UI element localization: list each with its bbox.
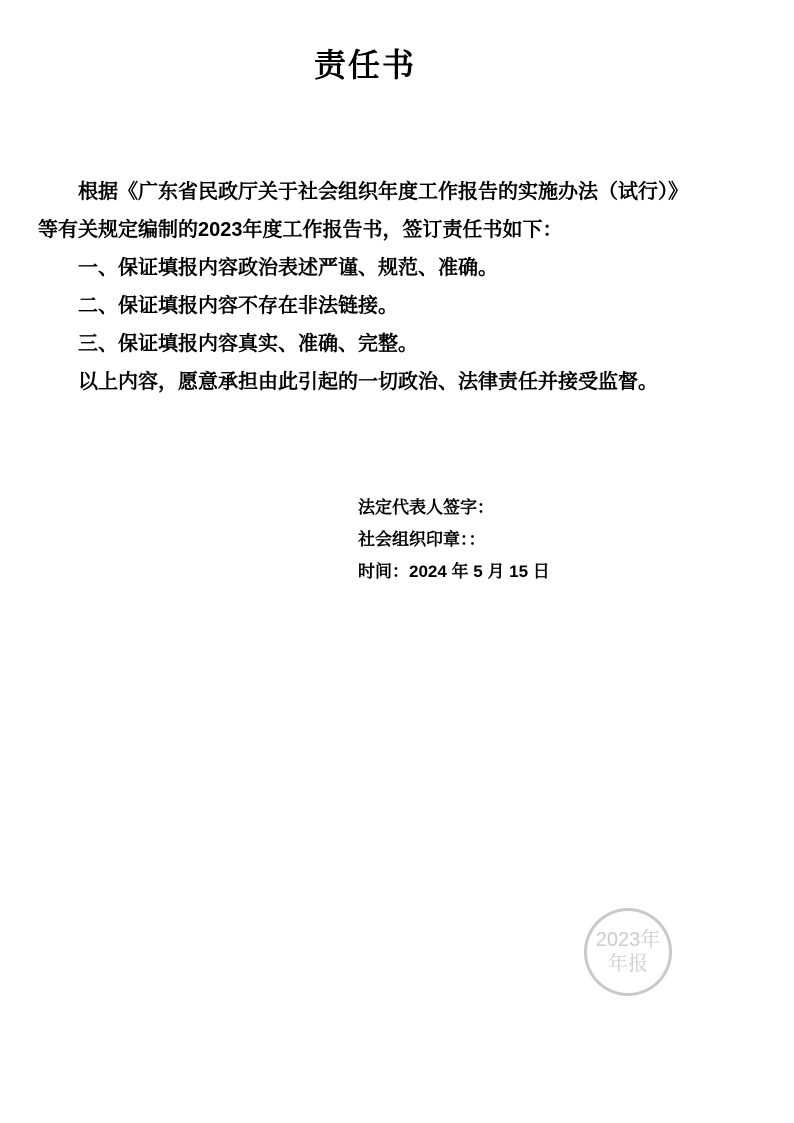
page-title: 责任书 (38, 40, 692, 86)
intro-paragraph: 根据《广东省民政厅关于社会组织年度工作报告的实施办法（试行）》等有关规定编制的2… (38, 173, 692, 249)
list-item-2: 二、保证填报内容不存在非法链接。 (38, 287, 692, 325)
date-line: 时间：2024 年 5 月 15 日 (358, 556, 550, 588)
document-body: 根据《广东省民政厅关于社会组织年度工作报告的实施办法（试行）》等有关规定编制的2… (38, 173, 692, 401)
responsibility-letter-page: 责任书 根据《广东省民政厅关于社会组织年度工作报告的实施办法（试行）》等有关规定… (0, 0, 794, 1123)
organization-seal-line: 社会组织印章：： (358, 524, 550, 556)
legal-representative-signature-line: 法定代表人签字： (358, 492, 550, 524)
annual-report-stamp-watermark: 2023年 年报 (584, 908, 672, 996)
watermark-year-text: 2023年 (596, 928, 661, 952)
signature-block: 法定代表人签字： 社会组织印章：： 时间：2024 年 5 月 15 日 (358, 492, 550, 588)
closing-paragraph: 以上内容，愿意承担由此引起的一切政治、法律责任并接受监督。 (38, 363, 692, 401)
list-item-3: 三、保证填报内容真实、准确、完整。 (38, 325, 692, 363)
watermark-report-text: 年报 (608, 952, 648, 976)
list-item-1: 一、保证填报内容政治表述严谨、规范、准确。 (38, 249, 692, 287)
